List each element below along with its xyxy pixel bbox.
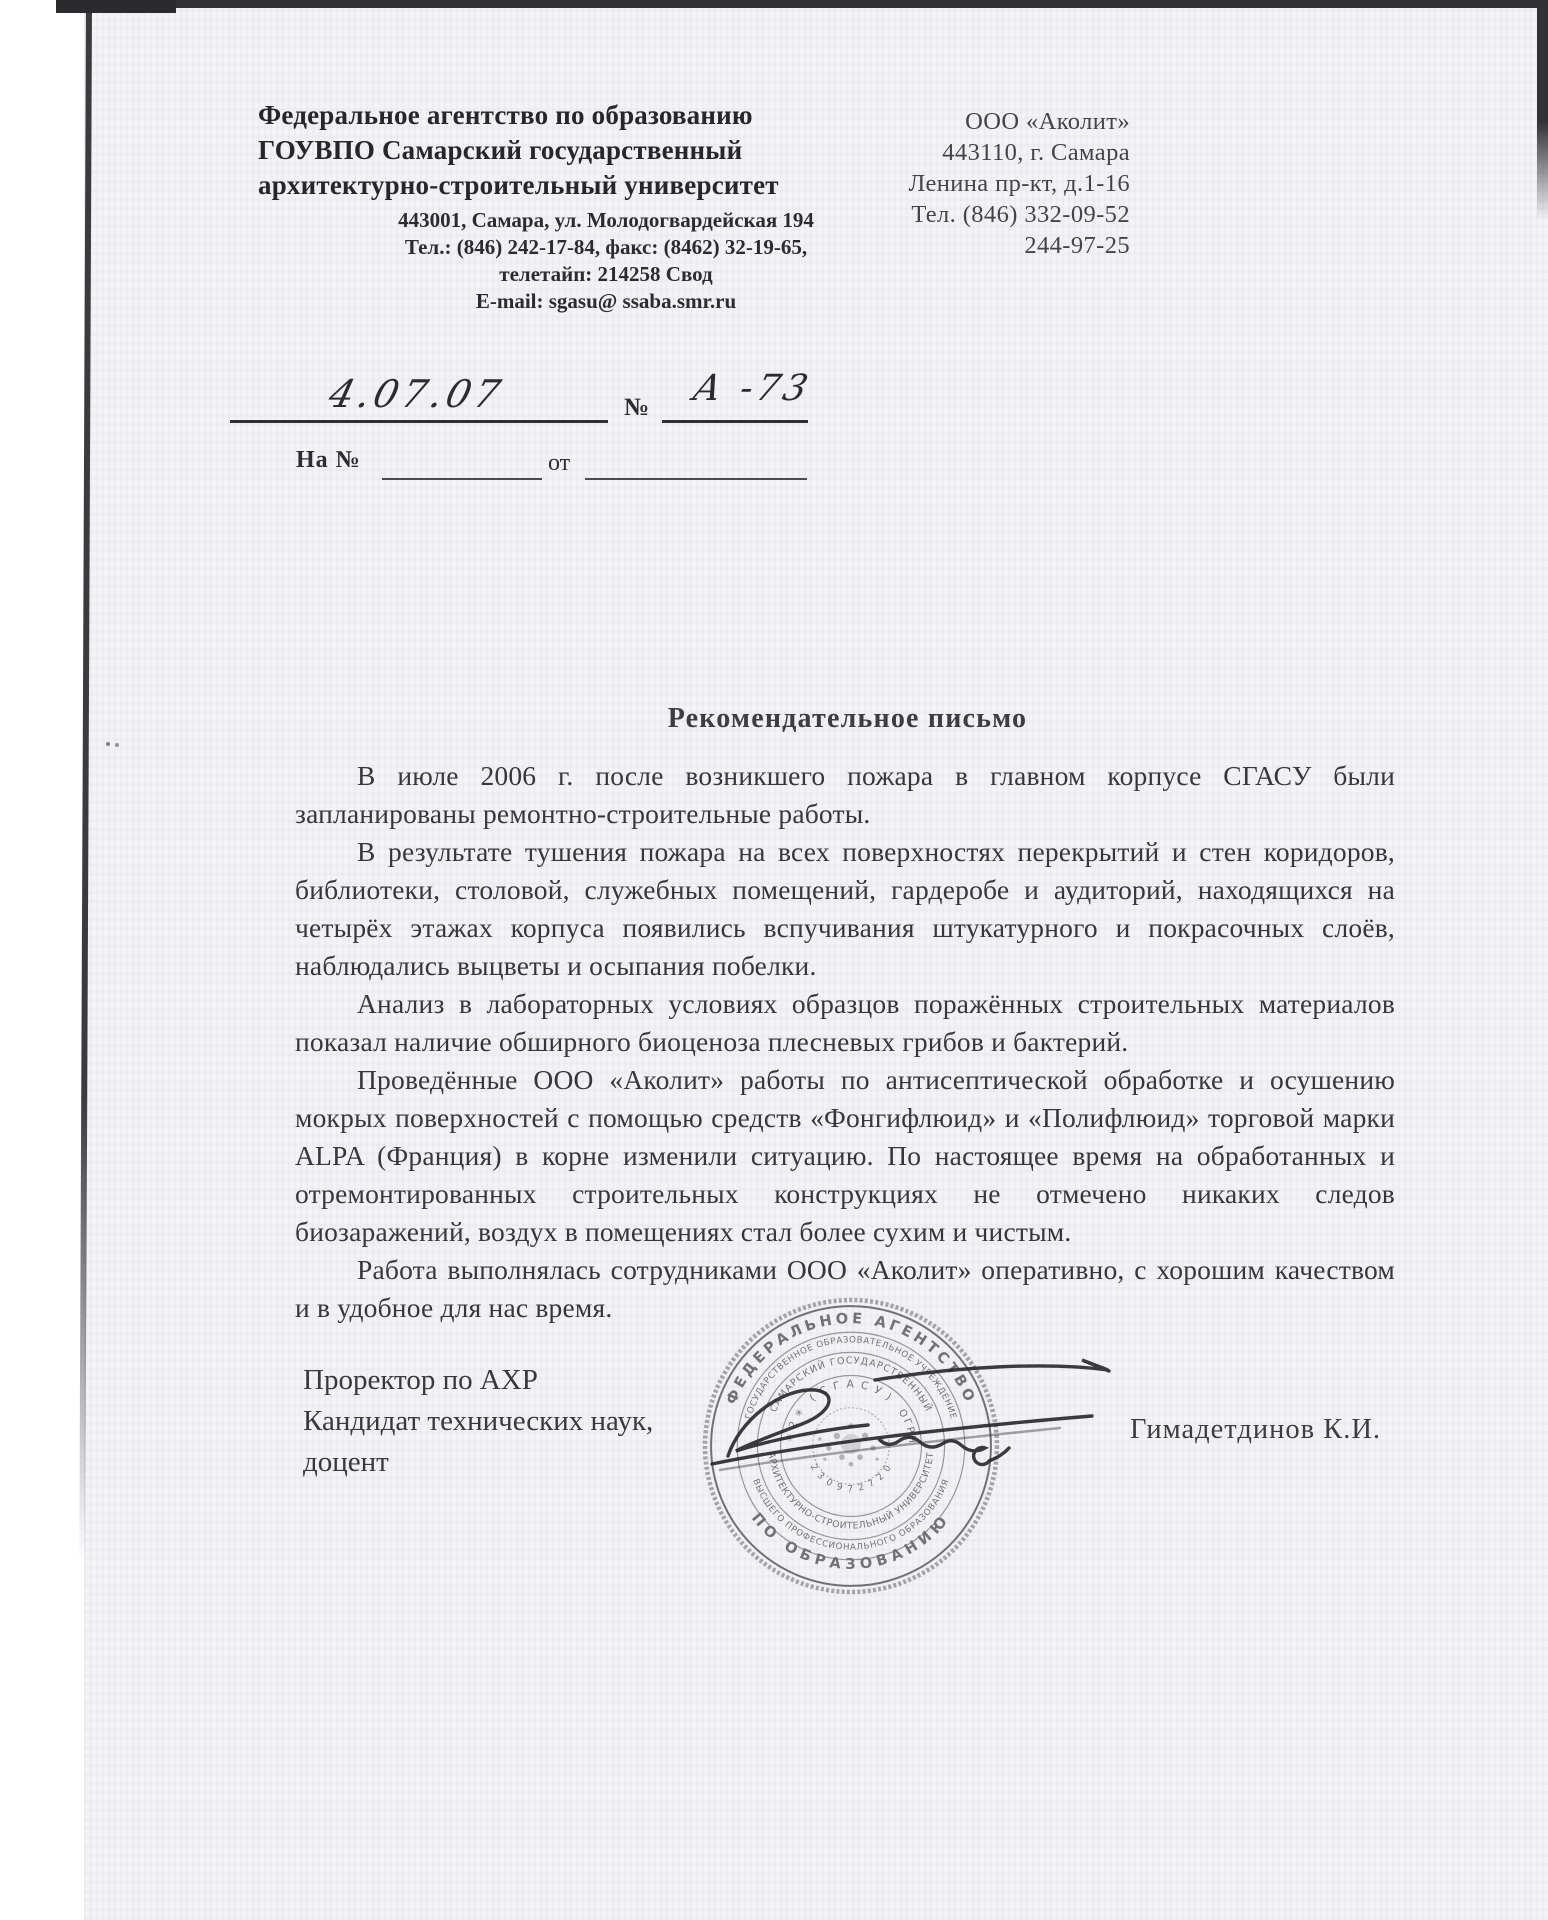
signature-strokes-icon — [640, 1328, 1140, 1493]
paragraph: В июле 2006 г. после возникшего пожара в… — [295, 757, 1395, 833]
signature-wave-tail — [878, 1437, 1009, 1464]
recipient-block: ООО «Аколит» 443110, г. Самара Ленина пр… — [858, 106, 1130, 261]
scan-top-edge — [56, 0, 1548, 8]
ref-number-line — [662, 420, 808, 423]
agency-line: архитектурно-строительный университет — [258, 168, 779, 203]
ink-speck — [106, 742, 110, 746]
signer-position-line: доцент — [303, 1442, 653, 1483]
ref-date-line — [230, 420, 608, 423]
signer-position-block: Проректор по АХР Кандидат технических на… — [303, 1360, 653, 1483]
letterhead-address: 443001, Самара, ул. Молодогвардейская 19… — [390, 207, 822, 315]
scan-right-edge — [1537, 0, 1548, 220]
scan-left-gutter — [0, 0, 84, 1920]
recipient-line: 443110, г. Самара — [858, 137, 1130, 168]
address-line: 443001, Самара, ул. Молодогвардейская 19… — [390, 207, 822, 234]
paragraph: Анализ в лабораторных условиях образцов … — [295, 985, 1395, 1061]
scan-top-left-corner — [56, 0, 176, 13]
ref-number-label: № — [624, 394, 649, 422]
signature-loops — [728, 1390, 868, 1456]
letter-title: Рекомендательное письмо — [300, 703, 1395, 735]
ref-na-label: На № — [296, 447, 361, 474]
recipient-line: Ленина пр-кт, д.1-16 — [858, 168, 1130, 199]
signer-position-line: Проректор по АХР — [303, 1360, 653, 1401]
signer-name: Гимадетдинов К.И. — [1130, 1414, 1381, 1446]
recipient-line: Тел. (846) 332-09-52 — [858, 199, 1130, 230]
recipient-line: ООО «Аколит» — [858, 106, 1130, 137]
paragraph: Проведённые ООО «Аколит» работы по антис… — [295, 1061, 1395, 1251]
letterhead-agency: Федеральное агентство по образованию ГОУ… — [258, 98, 779, 203]
ref-ot-label: от — [548, 450, 570, 477]
agency-line: ГОУВПО Самарский государственный — [258, 133, 779, 168]
address-line: Тел.: (846) 242-17-84, факс: (8462) 32-1… — [390, 234, 822, 261]
signature-top-flourish — [875, 1360, 1109, 1380]
ref-na-line-2 — [585, 478, 807, 480]
ref-date-handwritten: 4.07.07 — [325, 372, 509, 416]
address-line: телетайп: 214258 Свод — [390, 261, 822, 288]
ref-na-line-1 — [382, 478, 542, 480]
ref-number-handwritten: А -73 — [689, 368, 816, 409]
address-line: E-mail: sgasu@ ssaba.smr.ru — [390, 288, 822, 315]
signer-position-line: Кандидат технических наук, — [303, 1401, 653, 1442]
recipient-line: 244-97-25 — [858, 230, 1130, 261]
agency-line: Федеральное агентство по образованию — [258, 98, 779, 133]
paragraph: В результате тушения пожара на всех пове… — [295, 833, 1395, 985]
scanned-letter-page: Федеральное агентство по образованию ГОУ… — [0, 0, 1548, 1920]
letter-body: В июле 2006 г. после возникшего пожара в… — [295, 757, 1395, 1327]
